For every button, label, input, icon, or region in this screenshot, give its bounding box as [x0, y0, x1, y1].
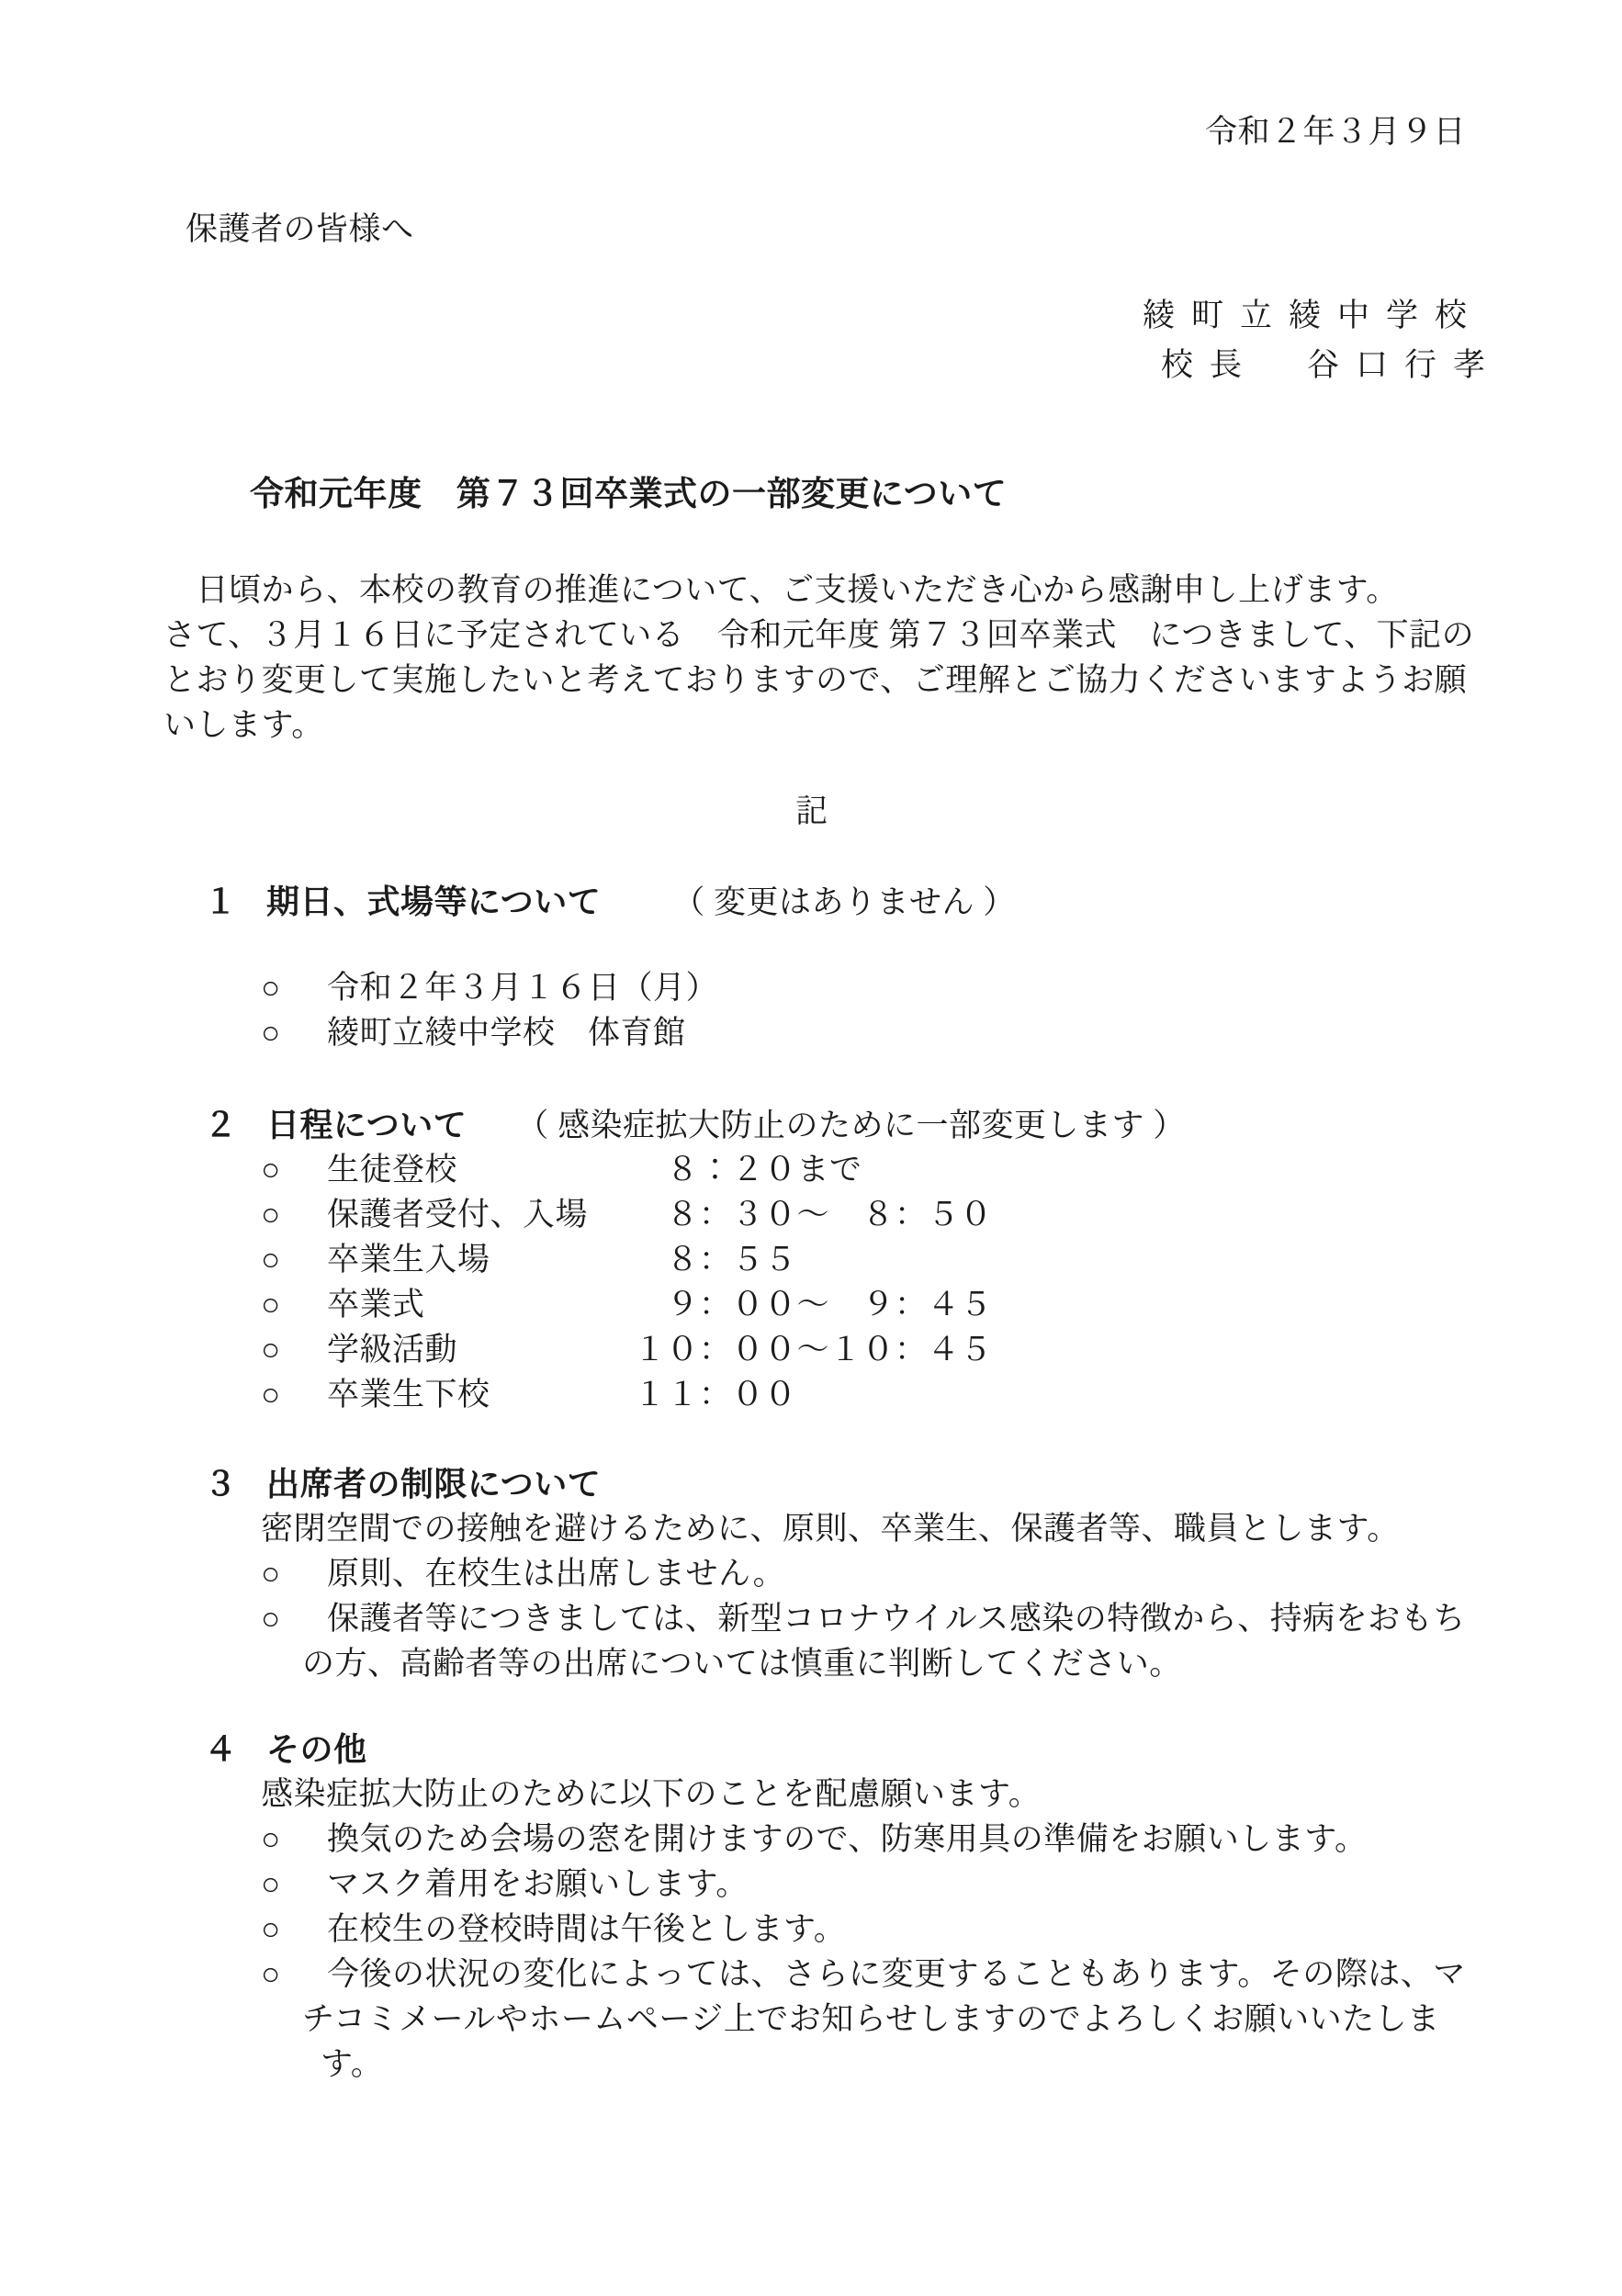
document-date: 令和２年３月９日 [1205, 112, 1466, 152]
schedule-row: ○保護者受付、入場 ８：３０～ ８：５０ [261, 1195, 993, 1235]
section-2-number: ２ [204, 1105, 266, 1145]
schedule-time: ９：００～ ９：４５ [634, 1287, 993, 1322]
circle-bullet-icon: ○ [261, 1240, 327, 1280]
schedule-label: 卒業式 [327, 1285, 634, 1325]
list-item-text: 原則、在校生は出席しません。 [327, 1556, 785, 1592]
circle-bullet-icon: ○ [261, 1150, 327, 1190]
schedule-label: 保護者受付、入場 [327, 1195, 634, 1235]
section-3-heading: ３出席者の制限について [204, 1464, 601, 1505]
circle-bullet-icon: ○ [261, 1819, 327, 1860]
section-2-note: （ 感染症拡大防止のために一部変更します ） [516, 1108, 1186, 1143]
schedule-time: １１：００ [634, 1377, 797, 1412]
list-item: ○換気のため会場の窓を開けますので、防寒用具の準備をお願いします。 [261, 1819, 1368, 1860]
list-item: ○原則、在校生は出席しません。 [261, 1554, 785, 1594]
document-title: 令和元年度 第７３回卒業式の一部変更について [250, 474, 1007, 514]
circle-bullet-icon: ○ [261, 1375, 327, 1415]
circle-bullet-icon: ○ [261, 1330, 327, 1370]
circle-bullet-icon: ○ [261, 1864, 327, 1905]
section-1-number: １ [204, 882, 266, 922]
circle-bullet-icon: ○ [261, 1013, 327, 1053]
section-4-lead: 感染症拡大防止のために以下のことを配慮願います。 [261, 1774, 1041, 1815]
list-item-text: 保護者等につきましては、新型コロナウイルス感染の特徴から、持病をおもち [327, 1601, 1466, 1637]
schedule-row: ○学級活動１０：００～１０：４５ [261, 1330, 993, 1370]
schedule-label: 生徒登校 [327, 1150, 634, 1190]
list-item-text: マスク着用をお願いします。 [327, 1866, 749, 1902]
list-item-text: 令和２年３月１６日（月） [327, 970, 718, 1006]
section-4-number: ４ [204, 1729, 266, 1770]
list-item-continuation: チコミメールやホームページ上でお知らせしますのでよろしくお願いいたしま [302, 1999, 1440, 2040]
section-3-title: 出席者の制限について [266, 1465, 601, 1503]
schedule-row: ○卒業式 ９：００～ ９：４５ [261, 1285, 993, 1325]
circle-bullet-icon: ○ [261, 968, 327, 1008]
schedule-time: ８：３０～ ８：５０ [634, 1197, 993, 1232]
list-item: ○マスク着用をお願いします。 [261, 1864, 749, 1905]
circle-bullet-icon: ○ [261, 1554, 327, 1594]
section-1-heading: １期日、式場等について（ 変更はありません ） [204, 882, 1016, 923]
sender-principal: 校長 谷口行孝 [1161, 345, 1502, 386]
schedule-row: ○卒業生入場 ８：５５ [261, 1240, 797, 1280]
schedule-time: ８：２０まで [634, 1152, 862, 1187]
list-item: ○令和２年３月１６日（月） [261, 968, 718, 1008]
list-item-text: 在校生の登校時間は午後とします。 [327, 1911, 846, 1947]
addressee: 保護者の皆様へ [186, 209, 414, 250]
schedule-label: 学級活動 [327, 1330, 634, 1370]
list-item: ○綾町立綾中学校 体育館 [261, 1013, 686, 1053]
section-2-title: 日程について [266, 1106, 467, 1143]
schedule-row: ○生徒登校 ８：２０まで [261, 1150, 862, 1190]
schedule-time: ８：５５ [634, 1242, 797, 1277]
list-item-continuation: す。 [321, 2044, 383, 2085]
list-item-text: 換気のため会場の窓を開けますので、防寒用具の準備をお願いします。 [327, 1821, 1368, 1857]
intro-line: さて、３月１６日に予定されている 令和元年度 第７３回卒業式 につきまして、下記… [163, 615, 1474, 656]
circle-bullet-icon: ○ [261, 1599, 327, 1639]
list-item: ○在校生の登校時間は午後とします。 [261, 1909, 846, 1950]
circle-bullet-icon: ○ [261, 1909, 327, 1950]
circle-bullet-icon: ○ [261, 1195, 327, 1235]
section-2-heading: ２日程について（ 感染症拡大防止のために一部変更します ） [204, 1105, 1186, 1146]
section-4-heading: ４その他 [204, 1729, 367, 1771]
list-item-text: 綾町立綾中学校 体育館 [327, 1015, 686, 1051]
circle-bullet-icon: ○ [261, 1285, 327, 1325]
list-item: ○保護者等につきましては、新型コロナウイルス感染の特徴から、持病をおもち [261, 1599, 1466, 1639]
list-item-continuation: の方、高齢者等の出席については慎重に判断してください。 [302, 1644, 1182, 1684]
section-4-title: その他 [266, 1730, 367, 1768]
section-1-note: （ 変更はありません ） [672, 884, 1016, 920]
section-1-title: 期日、式場等について [266, 883, 601, 920]
record-marker: 記 [163, 792, 1460, 832]
list-item-text: 今後の状況の変化によっては、さらに変更することもあります。その際は、マ [327, 1956, 1466, 1992]
list-item: ○今後の状況の変化によっては、さらに変更することもあります。その際は、マ [261, 1954, 1466, 1995]
sender-school: 綾町立綾中学校 [1143, 296, 1483, 336]
schedule-label: 卒業生入場 [327, 1240, 634, 1280]
schedule-row: ○卒業生下校１１：００ [261, 1375, 797, 1415]
section-3-lead: 密閉空間での接触を避けるために、原則、卒業生、保護者等、職員とします。 [261, 1509, 1400, 1549]
document-page: 令和２年３月９日 保護者の皆様へ 綾町立綾中学校 校長 谷口行孝 令和元年度 第… [0, 0, 1622, 2296]
circle-bullet-icon: ○ [261, 1954, 327, 1995]
section-3-number: ３ [204, 1464, 266, 1504]
intro-line: とおり変更して実施したいと考えておりますので、ご理解とご協力くださいますようお願 [163, 660, 1467, 701]
intro-line: いします。 [163, 705, 324, 746]
schedule-label: 卒業生下校 [327, 1375, 634, 1415]
intro-line: 日頃から、本校の教育の推進について、ご支援いただき心から感謝申し上げます。 [163, 570, 1399, 611]
schedule-time: １０：００～１０：４５ [634, 1332, 993, 1367]
